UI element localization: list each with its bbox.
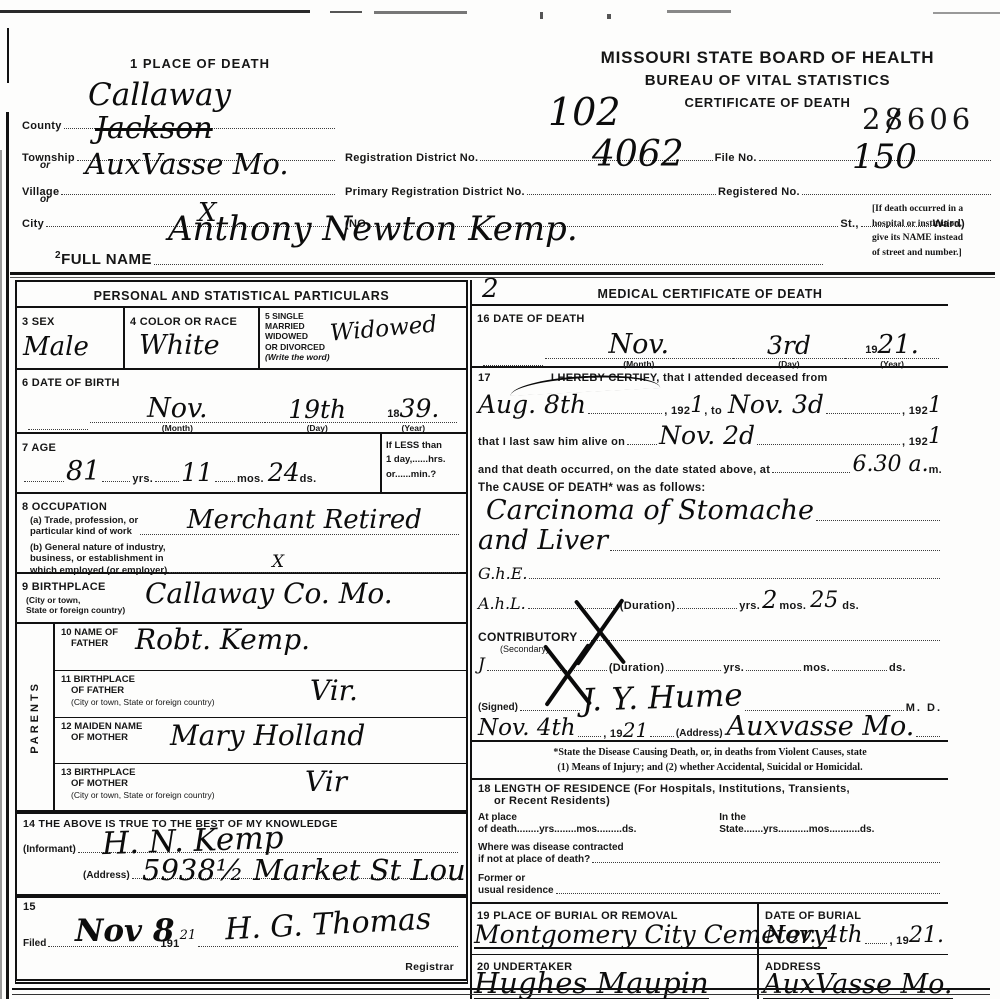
county-value: Callaway [88, 80, 231, 111]
time-m-label: m. [929, 464, 942, 476]
scan-artifact [540, 12, 543, 19]
cause-scribble-1: G.h.E. [478, 566, 527, 582]
mother-birthplace-row: 13 BIRTHPLACE OF MOTHER (City or town, S… [55, 764, 466, 808]
dod-day-value: 3rd [733, 333, 846, 359]
hospital-note-line: hospital or institution, [872, 217, 994, 232]
dod-year-value: 1921. [845, 332, 939, 359]
contributory-sublabel: (Secondary) [500, 644, 942, 655]
race-cell: 4 COLOR OR RACE White [125, 308, 260, 368]
dotted-rule [215, 481, 235, 482]
signed-label: (Signed) [478, 702, 518, 714]
dotted-rule [556, 893, 940, 894]
duration-days-value: 25 [810, 590, 838, 612]
filed-year-value: 21 [180, 929, 197, 942]
dotted-rule [650, 736, 674, 737]
registration-district-label: Registration District No. [345, 152, 478, 164]
township-value: Jackson [95, 114, 213, 144]
full-name-value: Anthony Newton Kemp. [168, 212, 578, 246]
cause-line-2: and Liver [478, 527, 608, 554]
parents-side-label: PARENTS [17, 624, 55, 810]
file-no-value: / [888, 106, 898, 136]
race-label: 4 COLOR OR RACE [130, 316, 237, 328]
signed-year-printed: , 19 [603, 728, 623, 740]
mother-name-value: Mary Holland [170, 722, 365, 750]
county-label: County [22, 120, 62, 132]
age-days-value: 24 [268, 460, 300, 485]
personal-title: PERSONAL AND STATISTICAL PARTICULARS [94, 289, 390, 303]
full-name-label: 2FULL NAME [55, 250, 152, 268]
dotted-rule [529, 578, 940, 579]
dotted-rule [487, 670, 607, 671]
medical-title: MEDICAL CERTIFICATE OF DEATH [597, 287, 822, 301]
dotted-rule [627, 444, 657, 445]
dotted-rule [483, 365, 543, 366]
dob-day-value: 19th [265, 397, 370, 423]
to-word: , to [704, 405, 722, 417]
signed-date-value: Nov. 4th [478, 717, 576, 740]
attended-from-date: Aug. 8th [478, 392, 586, 417]
cause-scribble-2: A.h.L. [478, 596, 526, 612]
age-main-cell: 7 AGE 81 yrs. 11 mos. 24 ds. [17, 434, 380, 492]
age-less-than-note: If LESS than 1 day,......hrs. or......mi… [380, 434, 466, 492]
dob-month-value: Nov. [90, 395, 265, 423]
scan-artifact [6, 112, 9, 999]
birthplace-label: 9 BIRTHPLACE [22, 581, 106, 593]
mos-caption: mos. [779, 600, 806, 612]
burial-place-value: Montgomery City Cemetery [474, 922, 827, 949]
father-name-value: Robt. Kemp. [135, 626, 310, 654]
father-name-row: 10 NAME OF FATHER Robt. Kemp. [55, 624, 466, 671]
street-label: St., [840, 218, 858, 230]
yrs-caption: yrs. [723, 662, 744, 674]
file-no-label: File No. [715, 152, 757, 164]
ds-caption: ds. [889, 662, 906, 674]
header-divider [10, 272, 995, 278]
registered-no-label: Registered No. [718, 186, 800, 198]
primary-registration-label: Primary Registration District No. [345, 186, 525, 198]
bottom-rule [12, 988, 990, 995]
parents-block: PARENTS 10 NAME OF FATHER Robt. Kemp. 11… [17, 624, 466, 812]
scan-artifact [330, 11, 362, 13]
contributory-scribble: J [478, 657, 485, 674]
death-certificate-scan: 1 PLACE OF DEATH MISSOURI STATE BOARD OF… [0, 0, 1000, 999]
dob-day-unit: 19th (Day) [265, 397, 370, 433]
birthplace-value: Callaway Co. Mo. [145, 580, 393, 608]
city-label: City [22, 218, 44, 230]
dotted-rule [588, 413, 662, 414]
dotted-rule [528, 608, 618, 609]
death-occurred-text: and that death occurred, on the date sta… [478, 464, 770, 476]
sex-race-marital-row: 3 SEX Male 4 COLOR OR RACE White 5 SINGL… [17, 308, 466, 370]
hospital-note-line: of street and number.] [872, 246, 994, 261]
age-months-value: 11 [181, 460, 213, 485]
yrs-caption: yrs. [132, 473, 153, 485]
medical-title-row: 2 MEDICAL CERTIFICATE OF DEATH [472, 280, 948, 306]
age-row: 7 AGE 81 yrs. 11 mos. 24 ds. If LESS tha… [17, 434, 466, 494]
dotted-rule [816, 520, 940, 521]
scan-artifact [0, 10, 310, 13]
scan-artifact [607, 14, 611, 19]
registration-district-value: 102 [548, 93, 621, 131]
occupation-a-label: (a) Trade, profession, or particular kin… [22, 515, 138, 538]
cause-line-1: Carcinoma of Stomache [486, 497, 814, 524]
dod-day-unit: 3rd (Day) [733, 333, 846, 369]
occupation-label: 8 OCCUPATION [22, 501, 107, 513]
burial-place-cell: 19 PLACE OF BURIAL OR REMOVAL Montgomery… [472, 904, 757, 955]
ds-caption: ds. [842, 600, 859, 612]
contributory-block: CONTRIBUTORY (Secondary) J (Duration) yr… [472, 628, 948, 682]
race-value: White [139, 332, 220, 359]
date-of-birth-row: 6 DATE OF BIRTH Nov. (Month) 19th (Day) … [17, 370, 466, 434]
dob-year-value: 1839. [370, 396, 457, 423]
dod-year-unit: 1921. (Year) [845, 332, 939, 369]
primary-registration-value: 4062 [592, 137, 684, 173]
attended-to-date: Nov. 3d [728, 392, 824, 417]
filed-label: Filed [23, 938, 46, 950]
date-of-death-row: 16 DATE OF DEATH Nov. (Month) 3rd (Day) … [472, 306, 948, 368]
dod-label: 16 DATE OF DEATH [477, 313, 585, 325]
cause-of-death-block: The CAUSE OF DEATH* was as follows: Carc… [472, 480, 948, 628]
disease-contracted-field: Where was disease contracted if not at p… [478, 842, 942, 866]
residence-block: 18 LENGTH OF RESIDENCE (For Hospitals, I… [472, 780, 948, 902]
mother-name-row: 12 MAIDEN NAME OF MOTHER Mary Holland [55, 718, 466, 764]
dotted-rule [610, 550, 940, 551]
registered-no-value: 150 [852, 140, 917, 174]
dotted-rule [677, 608, 737, 609]
dotted-rule [169, 572, 459, 573]
dotted-rule [527, 194, 716, 195]
in-state-field: In the State.......yrs...........mos....… [719, 812, 942, 836]
personal-particulars-section: PERSONAL AND STATISTICAL PARTICULARS 3 S… [15, 280, 468, 814]
medical-certificate-section: 2 MEDICAL CERTIFICATE OF DEATH 16 DATE O… [470, 280, 948, 999]
marital-cell: 5 SINGLE MARRIED WIDOWED OR DIVORCED (Wr… [260, 308, 466, 368]
physician-signature: J. Y. Hume [582, 680, 744, 717]
sex-cell: 3 SEX Male [17, 308, 125, 368]
dotted-rule [154, 264, 823, 265]
board-title: MISSOURI STATE BOARD OF HEALTH [545, 48, 990, 68]
contributory-label: CONTRIBUTORY [478, 630, 578, 644]
cause-footnote: *State the Disease Causing Death, or, in… [472, 740, 948, 780]
former-residence-field: Former or usual residence [478, 873, 942, 897]
dotted-rule [916, 736, 940, 737]
dotted-rule [666, 670, 721, 671]
father-birthplace-row: 11 BIRTHPLACE OF FATHER (City or town, S… [55, 671, 466, 718]
last-seen-text: that I last saw him alive on [478, 436, 625, 448]
certify-block: 17 I HEREBY CERTIFY, that I attended dec… [472, 368, 948, 480]
place-of-death-heading: 1 PLACE OF DEATH [130, 56, 270, 71]
certificate-number: 28606 [862, 102, 974, 136]
birthplace-row: 9 BIRTHPLACE (City or town, State or for… [17, 574, 466, 624]
father-birthplace-value: Vir. [310, 677, 358, 705]
cause-label: The CAUSE OF DEATH* was as follows: [478, 482, 942, 494]
footnote-line-2: (1) Means of Injury; and (2) whether Acc… [474, 761, 946, 776]
occupation-b-label: (b) General nature of industry, business… [22, 542, 167, 576]
dotted-rule [520, 710, 580, 711]
scan-artifact [0, 150, 2, 999]
footnote-line-1: *State the Disease Causing Death, or, in… [474, 746, 946, 761]
dotted-rule [61, 194, 335, 195]
signed-address-value: Auxvasse Mo. [727, 713, 915, 740]
filed-date-value: Nov 8 [75, 916, 174, 947]
hospital-note-line: give its NAME instead [872, 231, 994, 246]
informant-label: (Informant) [23, 844, 76, 856]
scan-artifact [7, 28, 9, 83]
certify-number: 17 [478, 372, 491, 384]
contributory-duration-label: (Duration) [609, 662, 665, 674]
dotted-rule [746, 670, 801, 671]
sex-value: Male [23, 334, 89, 360]
dotted-rule [592, 862, 940, 863]
last-seen-date: Nov. 2d [659, 423, 755, 448]
personal-title-row: PERSONAL AND STATISTICAL PARTICULARS [17, 282, 466, 308]
day-caption: (Day) [307, 423, 328, 433]
dotted-rule [578, 736, 602, 737]
dod-month-value: Nov. [545, 331, 733, 359]
signed-year-value: 21 [623, 720, 648, 740]
signed-address-label: (Address) [676, 728, 723, 740]
last-year-value: 1 [928, 426, 942, 448]
dob-month-unit: Nov. (Month) [90, 395, 265, 433]
from-year-printed: , 192 [664, 405, 690, 417]
burial-block: 19 PLACE OF BURIAL OR REMOVAL Montgomery… [472, 902, 948, 999]
last-year-printed: , 192 [902, 436, 928, 448]
scan-artifact [933, 12, 1000, 14]
informant-address-label: (Address) [83, 870, 130, 882]
dotted-rule [802, 194, 991, 195]
duration-label: (Duration) [620, 600, 676, 612]
ds-caption: ds. [300, 473, 317, 485]
dob-label: 6 DATE OF BIRTH [22, 377, 120, 389]
at-place-of-death-field: At place of death........yrs........mos.… [478, 812, 719, 836]
dotted-rule [832, 670, 887, 671]
year-caption: (Year) [402, 423, 426, 433]
occupation-b-value: X [272, 554, 284, 571]
dotted-rule [28, 429, 88, 430]
dotted-rule [155, 481, 179, 482]
occupation-row: 8 OCCUPATION (a) Trade, profession, or p… [17, 494, 466, 574]
duration-months-value: 2 [762, 588, 777, 612]
filed-box: 15 Filed 191 21 Nov 8 H. G. Thomas Regis… [15, 896, 468, 984]
dotted-rule [865, 943, 888, 944]
yrs-caption: yrs. [739, 600, 760, 612]
bureau-title: BUREAU OF VITAL STATISTICS [545, 72, 990, 89]
dotted-rule [580, 640, 940, 641]
hospital-note: [If death occurred in a hospital or inst… [872, 202, 994, 261]
from-year-value: 1 [690, 395, 704, 417]
dotted-rule [772, 472, 850, 473]
village-value: AuxVasse Mo. [85, 150, 289, 179]
dotted-rule [757, 444, 900, 445]
occupation-a-value: Merchant Retired [187, 507, 422, 533]
to-year-value: 1 [928, 395, 942, 417]
informant-box: 14 THE ABOVE IS TRUE TO THE BEST OF MY K… [15, 812, 468, 896]
dod-month-unit: Nov. (Month) [545, 331, 733, 369]
dotted-rule [102, 481, 130, 482]
sex-label: 3 SEX [22, 316, 55, 328]
mos-caption: mos. [803, 662, 830, 674]
death-time-value: 6.30 a. [852, 454, 928, 476]
page-mark-2: 2 [482, 276, 499, 302]
burial-year-value: 21. [909, 925, 944, 947]
hospital-note-line: [If death occurred in a [872, 202, 994, 217]
age-years-value: 81 [66, 458, 100, 485]
age-label: 7 AGE [22, 442, 56, 454]
scan-artifact [374, 11, 467, 14]
dob-year-unit: 1839. (Year) [370, 396, 457, 433]
signed-block: (Signed) J. Y. Hume M. D. Nov. 4th , 192… [472, 682, 948, 740]
to-year-printed: , 192 [902, 405, 928, 417]
informant-address-value: 5938½ Market St Lou [142, 856, 466, 885]
residence-label: 18 LENGTH OF RESIDENCE (For Hospitals, I… [478, 783, 942, 807]
mos-caption: mos. [237, 473, 264, 485]
month-caption: (Month) [162, 423, 193, 433]
dotted-rule [24, 481, 64, 482]
scan-artifact [667, 10, 731, 13]
registrar-label: Registrar [405, 961, 454, 973]
burial-year-printed: , 19 [889, 935, 909, 947]
dotted-rule [826, 413, 900, 414]
mother-birthplace-value: Vir [305, 768, 347, 796]
